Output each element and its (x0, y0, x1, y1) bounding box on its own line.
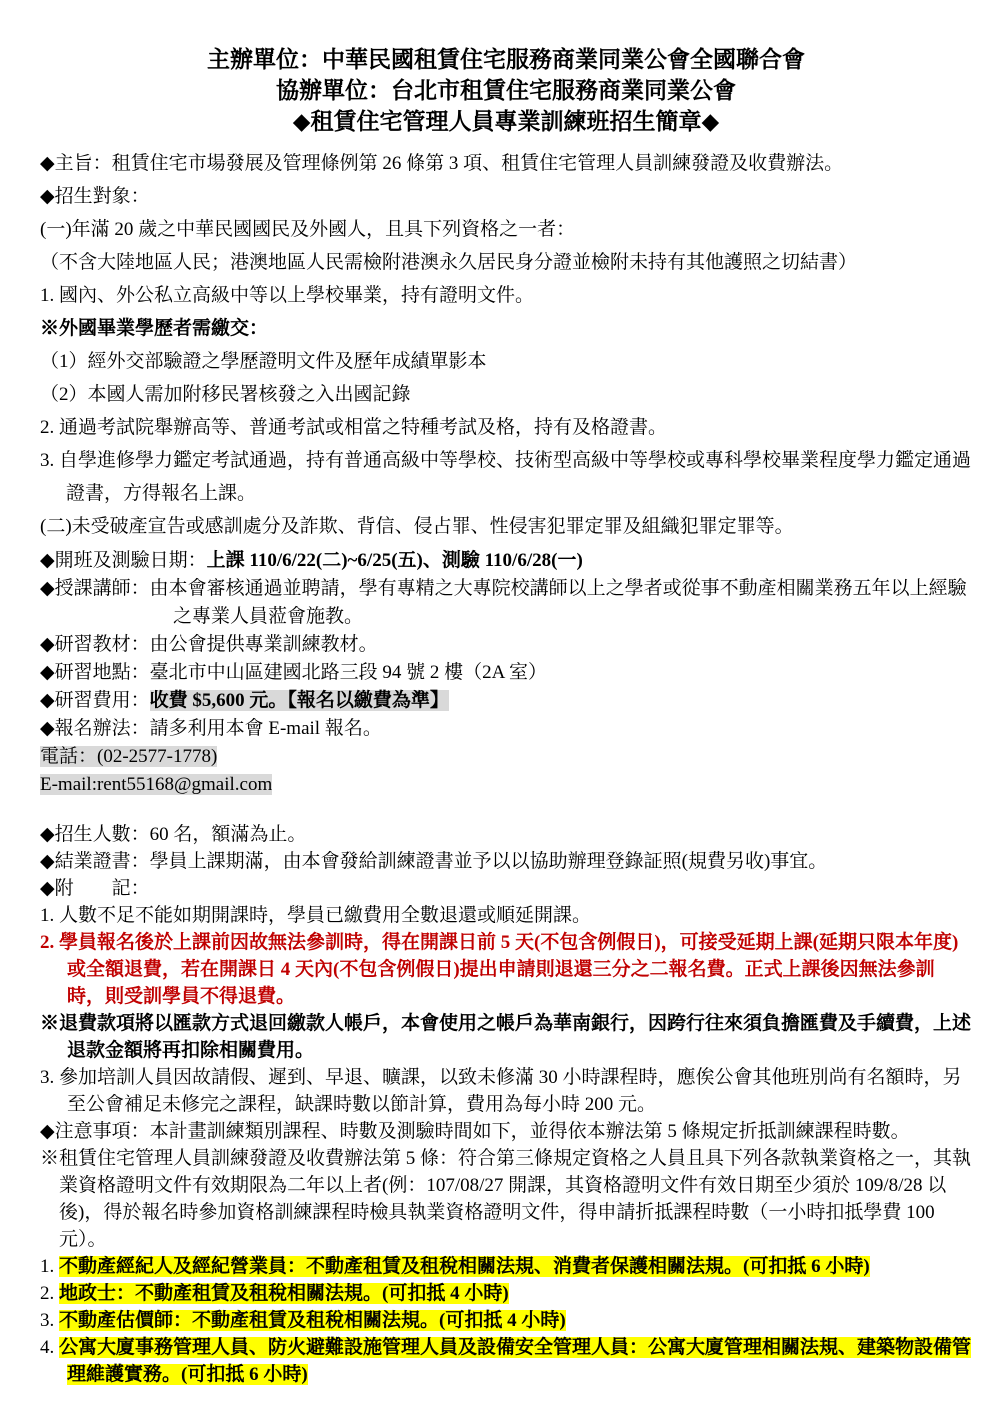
section-course-info: ◆開班及測驗日期：上課 110/6/22(二)~6/25(五)、測驗 110/6… (40, 547, 972, 799)
credit-item-2: 2. 地政士：不動產租賃及租稅相關法規。(可扣抵 4 小時) (40, 1280, 972, 1307)
credit-item-number: 1. (40, 1256, 59, 1277)
section-notes: ◆招生人數：60 名，額滿為止。 ◆結業證書：學員上課期滿，由本會發給訓練證書並… (40, 821, 972, 1388)
register-line: ◆報名辦法：請多利用本會 E-mail 報名。 (40, 715, 972, 743)
credit-item-number: 2. (40, 1283, 59, 1304)
target-heading: ◆招生對象： (40, 180, 972, 213)
foreign-degree-heading: ※外國畢業學歷者需繳交： (40, 312, 972, 345)
refund-transfer-note: ※退費款項將以匯款方式退回繳款人帳戶，本會使用之帳戶為華南銀行，因跨行往來須負擔… (40, 1010, 972, 1064)
co-organizer-line: 協辦單位：台北市租賃住宅服務商業同業公會 (40, 75, 972, 106)
note-3: 3. 參加培訓人員因故請假、遲到、早退、曠課，以致未修滿 30 小時課程時，應俟… (40, 1064, 972, 1118)
credit-item-text: 地政士：不動產租賃及租稅相關法規。(可扣抵 4 小時) (59, 1283, 509, 1304)
email-value: E-mail:rent55168@gmail.com (40, 774, 272, 795)
spacer (40, 799, 972, 821)
schedule-line: ◆開班及測驗日期：上課 110/6/22(二)~6/25(五)、測驗 110/6… (40, 547, 972, 575)
target-item2: (二)未受破產宣告或感訓處分及詐欺、背信、侵占罪、性侵害犯罪定罪及組織犯罪定罪等… (40, 510, 972, 543)
certificate-line: ◆結業證書：學員上課期滿，由本會發給訓練證書並予以以協助辦理登錄証照(規費另收)… (40, 848, 972, 875)
qualification-1: 1. 國內、外公私立高級中等以上學校畢業，持有證明文件。 (40, 279, 972, 312)
note-2-refund-policy: 2. 學員報名後於上課前因故無法參訓時，得在開課日前 5 天(不包含例假日)，可… (40, 929, 972, 1010)
section-eligibility: ◆主旨：租賃住宅市場發展及管理條例第 26 條第 3 項、租賃住宅管理人員訓練發… (40, 147, 972, 543)
target-item1-note: （不含大陸地區人民；港澳地區人民需檢附港澳永久居民身分證並檢附未持有其他護照之切… (40, 246, 972, 279)
organizer-line: 主辦單位：中華民國租賃住宅服務商業同業公會全國聯合會 (40, 44, 972, 75)
attention-line: ◆注意事項：本計畫訓練類別課程、時數及測驗時間如下，並得依本辦法第 5 條規定折… (40, 1118, 972, 1145)
credit-item-number: 3. (40, 1310, 59, 1331)
fee-line: ◆研習費用：收費 $5,600 元。【報名以繳費為準】 (40, 687, 972, 715)
credit-item-text: 公寓大廈事務管理人員、防火避難設施管理人員及設備安全管理人員：公寓大廈管理相關法… (59, 1337, 971, 1385)
note-1: 1. 人數不足不能如期開課時，學員已繳費用全數退還或順延開課。 (40, 902, 972, 929)
schedule-value: 上課 110/6/22(二)~6/25(五)、測驗 110/6/28(一) (207, 550, 583, 571)
phone-line: 電話：(02-2577-1778) (40, 743, 972, 771)
fee-label: ◆研習費用： (40, 690, 150, 711)
credit-item-text: 不動產估價師：不動產租賃及租稅相關法規。(可扣抵 4 小時) (59, 1310, 566, 1331)
credit-item-1: 1. 不動產經紀人及經紀營業員：不動產租賃及租稅相關法規、消費者保護相關法規。(… (40, 1253, 972, 1280)
regulation-article5: ※租賃住宅管理人員訓練發證及收費辦法第 5 條：符合第三條規定資格之人員且具下列… (40, 1145, 972, 1253)
credit-item-3: 3. 不動產估價師：不動產租賃及租稅相關法規。(可扣抵 4 小時) (40, 1307, 972, 1334)
capacity-line: ◆招生人數：60 名，額滿為止。 (40, 821, 972, 848)
instructor-line: ◆授課講師：由本會審核通過並聘請，學有專精之大專院校講師以上之學者或從事不動產相… (40, 575, 972, 631)
credit-item-number: 4. (40, 1337, 59, 1358)
document-page: 主辦單位：中華民國租賃住宅服務商業同業公會全國聯合會 協辦單位：台北市租賃住宅服… (0, 0, 1000, 1414)
foreign-requirement-2: （2）本國人需加附移民署核發之入出國記錄 (40, 378, 972, 411)
target-item1: (一)年滿 20 歲之中華民國國民及外國人，且具下列資格之一者： (40, 213, 972, 246)
credit-item-text: 不動產經紀人及經紀營業員：不動產租賃及租稅相關法規、消費者保護相關法規。(可扣抵… (59, 1256, 870, 1277)
notes-heading: ◆附 記： (40, 875, 972, 902)
phone-value: 電話：(02-2577-1778) (40, 746, 217, 767)
purpose-line: ◆主旨：租賃住宅市場發展及管理條例第 26 條第 3 項、租賃住宅管理人員訓練發… (40, 147, 972, 180)
fee-value: 收費 $5,600 元。【報名以繳費為準】 (150, 690, 449, 711)
credit-item-4: 4. 公寓大廈事務管理人員、防火避難設施管理人員及設備安全管理人員：公寓大廈管理… (40, 1334, 972, 1388)
foreign-requirement-1: （1）經外交部驗證之學歷證明文件及歷年成績單影本 (40, 345, 972, 378)
materials-line: ◆研習教材：由公會提供專業訓練教材。 (40, 631, 972, 659)
doc-title: ◆租賃住宅管理人員專業訓練班招生簡章◆ (40, 106, 972, 137)
email-line: E-mail:rent55168@gmail.com (40, 771, 972, 799)
schedule-label: ◆開班及測驗日期： (40, 550, 207, 571)
qualification-3: 3. 自學進修學力鑑定考試通過，持有普通高級中等學校、技術型高級中等學校或專科學… (40, 444, 972, 510)
qualification-2: 2. 通過考試院舉辦高等、普通考試或相當之特種考試及格，持有及格證書。 (40, 411, 972, 444)
location-line: ◆研習地點：臺北市中山區建國北路三段 94 號 2 樓（2A 室） (40, 659, 972, 687)
